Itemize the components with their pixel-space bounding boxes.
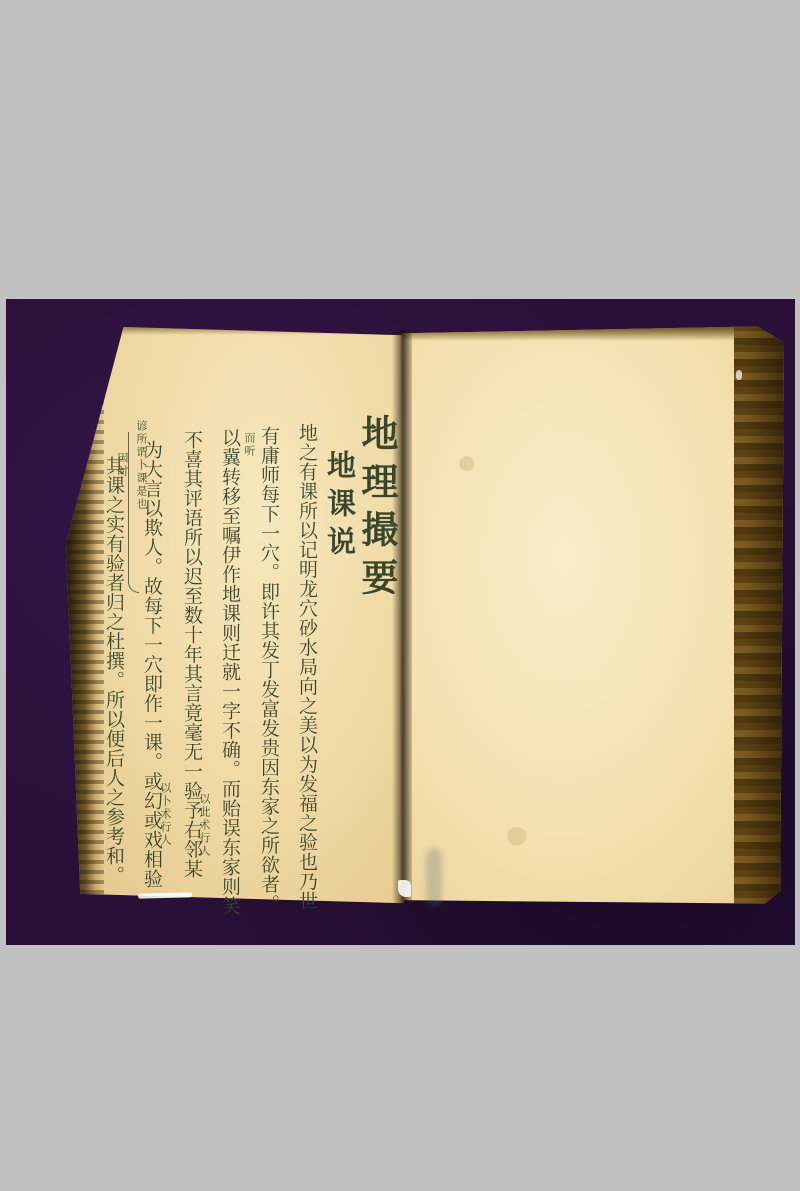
interlinear-note: 而听 (241, 432, 257, 458)
interlinear-note: 谚所谓卜课是也 (133, 420, 149, 511)
interlinear-note: 以卜术行人 (157, 782, 173, 847)
interlinear-note: 以此术行人 (196, 793, 212, 858)
manuscript-scan: 地理撮要 地课说 地之有课所以记明龙穴砂水局向之美以为发福之验也乃世 有庸师每下… (0, 0, 800, 1191)
text-column: 其课之实有验者归之杜撰。所以便后人之参考和。 (101, 456, 128, 885)
interlinear-note: 因时 (114, 452, 130, 478)
section-heading: 地课说 (320, 450, 361, 564)
text-column: 地之有课所以记明龙穴砂水局向之美以为发福之验也乃世 (294, 423, 321, 911)
page-edge-glint (736, 370, 742, 380)
text-column: 以冀转移至嘱伊作地课则迁就一字不确。而贻误东家则笑 (217, 428, 244, 916)
text-column: 有庸师每下一穴。即许其发丁发富发贵因东家之所欲者。 (256, 426, 283, 914)
ink-bleedthrough-smudge (426, 848, 442, 906)
page-edge-glint (398, 880, 411, 897)
right-page (402, 324, 784, 906)
